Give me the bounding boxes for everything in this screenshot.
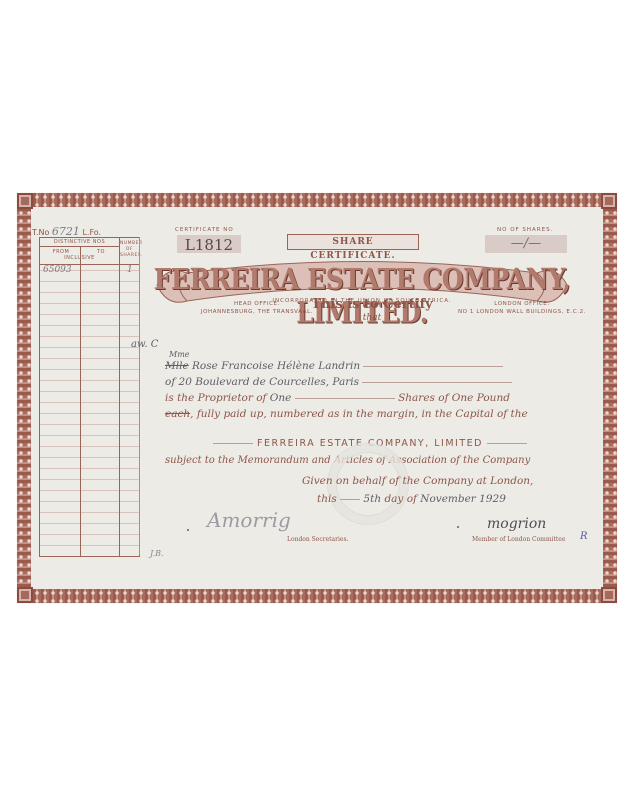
holder-name: Rose Francoise Hélène Landrin	[192, 360, 360, 372]
distinctive-numbers-table: DISTINCTIVE NOS FROM TO INCLUSIVE NUMBER…	[39, 237, 140, 557]
secretary-signature: Amorrig	[207, 508, 291, 532]
given-text: Given on behalf of the Company at London…	[302, 475, 562, 487]
member-label: Member of London Committee	[472, 536, 565, 543]
initial-mark: R	[580, 531, 588, 542]
this-text: this	[317, 493, 337, 505]
london-office-label: LONDON OFFICE.	[447, 300, 597, 308]
ornamental-border-bottom	[17, 589, 617, 603]
head-office: HEAD OFFICE. JOHANNESBURG, THE TRANSVAAL…	[187, 300, 327, 316]
corner-ornament-icon	[17, 587, 33, 603]
corner-ornament-icon	[601, 587, 617, 603]
signature-dot	[187, 529, 189, 531]
certificate-no-box: L1812	[177, 235, 241, 253]
london-office: LONDON OFFICE. NO 1 LONDON WALL BUILDING…	[447, 300, 597, 316]
fully-paid-text: fully paid up, numbered as in the margin…	[197, 408, 528, 420]
proprietor-line: is the Proprietor of One Shares of One P…	[165, 392, 575, 404]
shares-count-words: One	[270, 392, 292, 404]
holder-title-struck: Mlle	[165, 360, 189, 372]
column-divider	[80, 246, 81, 556]
day-value: 5th	[363, 493, 381, 505]
certificate-number: L1812	[177, 236, 241, 254]
transfer-no-label: T.No	[32, 228, 49, 237]
fill-line	[362, 382, 512, 383]
certify-heading: This is to Certify	[307, 297, 437, 312]
ornamental-border-top	[17, 193, 617, 207]
fully-paid-line: each, fully paid up, numbered as in the …	[165, 408, 575, 420]
holder-address: of 20 Boulevard de Courcelles, Paris	[165, 376, 359, 388]
no-of-shares-value: —/—	[485, 235, 567, 253]
member-signature: mogrion	[487, 516, 546, 532]
holder-name-line: Mlle Rose Francoise Hélène Landrin	[165, 360, 575, 372]
corner-ornament-icon	[17, 193, 33, 209]
month-value: November	[420, 493, 476, 505]
holder-title: Mme	[169, 350, 579, 359]
that-text: that	[307, 313, 437, 323]
fill-line	[340, 499, 360, 500]
corner-ornament-icon	[601, 193, 617, 209]
head-office-label: HEAD OFFICE.	[187, 300, 327, 308]
secretary-label: London Secretaries.	[287, 536, 348, 543]
day-of-text: day of	[384, 493, 416, 505]
share-certificate-label: SHARE CERTIFICATE.	[287, 234, 419, 250]
share-certificate: T.No 6721 L.Fo. DISTINCTIVE NOS FROM TO …	[17, 193, 617, 603]
bottom-mark: J.B.	[150, 549, 164, 558]
no-of-shares-label: NO OF SHARES.	[497, 227, 553, 233]
shares-text: Shares of One Pound	[398, 392, 510, 404]
header-distinctive-nos: DISTINCTIVE NOS	[40, 239, 119, 245]
header-number-of-shares: NUMBER OF SHARES.	[120, 241, 139, 259]
ornamental-border-left	[17, 193, 31, 603]
holder-address-line: of 20 Boulevard de Courcelles, Paris	[165, 376, 575, 388]
row-from-value: 65093	[43, 265, 72, 275]
each-struck: each	[165, 408, 190, 420]
column-divider	[119, 238, 120, 556]
ledger-folio-label: L.Fo.	[82, 228, 101, 237]
year-value: 1929	[479, 493, 506, 505]
certificate-no-label: CERTIFICATE NO	[175, 227, 234, 233]
fill-line	[363, 366, 503, 367]
proprietor-text: is the Proprietor of	[165, 392, 266, 404]
table-header: DISTINCTIVE NOS FROM TO INCLUSIVE NUMBER…	[40, 238, 139, 265]
ornamental-border-right	[603, 193, 617, 603]
london-office-address: NO 1 LONDON WALL BUILDINGS, E.C.2.	[447, 308, 597, 316]
stub-perforation	[139, 237, 140, 555]
date-line: this 5th day of November 1929	[317, 493, 577, 505]
signature-dot	[457, 526, 459, 528]
margin-note: aw. C	[131, 339, 158, 350]
head-office-address: JOHANNESBURG, THE TRANSVAAL.	[187, 308, 327, 316]
row-shares-value: 1	[127, 265, 133, 275]
fill-line	[295, 398, 395, 399]
